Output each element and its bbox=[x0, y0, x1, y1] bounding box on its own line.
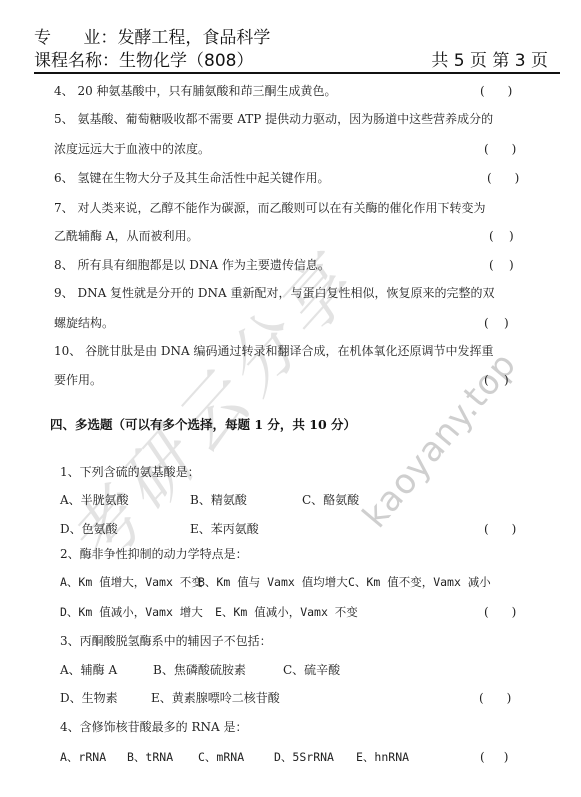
major-label: 专 业： bbox=[34, 28, 117, 48]
mc-q1-option-b[interactable]: B、精氨酸 bbox=[190, 492, 247, 508]
course-name: 课程名称：生物化学（808） bbox=[34, 50, 253, 72]
major-value: 发酵工程，食品科学 bbox=[117, 28, 270, 48]
mc-q1-option-c[interactable]: C、酪氨酸 bbox=[302, 492, 359, 508]
tf-answer-5[interactable]: ( ) bbox=[484, 141, 516, 157]
mc-q4-option-e[interactable]: E、hnRNA bbox=[356, 749, 409, 765]
tf-answer-8[interactable]: ( ) bbox=[489, 257, 514, 273]
section-title-multiple-choice: 四、多选题（可以有多个选择，每题 1 分，共 10 分） bbox=[50, 417, 356, 433]
mc-question-3-stem: 3、丙酮酸脱氢酶系中的辅因子不包括： bbox=[60, 633, 272, 649]
tf-answer-9[interactable]: ( ) bbox=[484, 315, 509, 331]
tf-question-6: 6、 氢键在生物大分子及其生命活性中起关键作用。 bbox=[54, 170, 329, 186]
tf-question-7-line2: 乙酰辅酶 A，从而被利用。 bbox=[54, 228, 198, 244]
mc-q3-option-e[interactable]: E、黄素腺嘌呤二核苷酸 bbox=[151, 690, 280, 706]
exam-header: 专 业：发酵工程，食品科学 课程名称：生物化学（808） 共 5 页 第 3 页 bbox=[34, 27, 560, 74]
mc-answer-1[interactable]: ( ) bbox=[484, 521, 516, 537]
mc-q3-option-d[interactable]: D、生物素 bbox=[60, 690, 118, 706]
mc-q1-option-d[interactable]: D、色氨酸 bbox=[60, 521, 118, 537]
mc-q2-option-e[interactable]: E、Km 值减小，Vamx 不变 bbox=[215, 604, 358, 620]
tf-answer-6[interactable]: ( ) bbox=[487, 170, 519, 186]
mc-q1-option-e[interactable]: E、苯丙氨酸 bbox=[190, 521, 259, 537]
mc-q3-option-a[interactable]: A、辅酶 A bbox=[60, 662, 117, 678]
tf-question-4: 4、 20 种氨基酸中，只有脯氨酸和茚三酮生成黄色。 bbox=[54, 83, 337, 99]
tf-question-9-line1: 9、 DNA 复性就是分开的 DNA 重新配对，与蛋白复性相似，恢复原来的完整的… bbox=[54, 285, 494, 301]
mc-answer-2[interactable]: ( ) bbox=[484, 604, 516, 620]
mc-q4-option-a[interactable]: A、rRNA bbox=[60, 749, 106, 765]
mc-question-1-stem: 1、下列含硫的氨基酸是： bbox=[60, 464, 200, 480]
mc-q3-option-c[interactable]: C、硫辛酸 bbox=[283, 662, 340, 678]
course-label: 课程名称： bbox=[34, 51, 119, 71]
mc-q2-option-b[interactable]: B、Km 值与 Vamx 值均增大 bbox=[198, 574, 348, 590]
page-count: 共 5 页 第 3 页 bbox=[431, 50, 560, 72]
tf-question-10-line2: 要作用。 bbox=[54, 372, 102, 388]
mc-q2-option-d[interactable]: D、Km 值减小，Vamx 增大 bbox=[60, 604, 203, 620]
mc-question-2-stem: 2、酶非争性抑制的动力学特点是： bbox=[60, 546, 248, 562]
tf-question-9-line2: 螺旋结构。 bbox=[54, 315, 114, 331]
tf-answer-4[interactable]: ( ) bbox=[480, 83, 512, 99]
tf-question-8: 8、 所有具有细胞都是以 DNA 作为主要遗传信息。 bbox=[54, 257, 330, 273]
course-value: 生物化学（808） bbox=[119, 51, 253, 71]
mc-q2-option-a[interactable]: A、Km 值增大，Vamx 不变 bbox=[60, 574, 203, 590]
tf-question-5-line2: 浓度远远大于血液中的浓度。 bbox=[54, 141, 210, 157]
tf-question-10-line1: 10、 谷胱甘肽是由 DNA 编码通过转录和翻译合成，在机体氧化还原调节中发挥重 bbox=[54, 343, 494, 359]
mc-q4-option-b[interactable]: B、tRNA bbox=[127, 749, 173, 765]
tf-answer-7[interactable]: ( ) bbox=[489, 228, 514, 244]
mc-answer-4[interactable]: ( ) bbox=[480, 749, 508, 765]
tf-question-7-line1: 7、 对人类来说，乙醇不能作为碳源，而乙酸则可以在有关酶的催化作用下转变为 bbox=[54, 200, 485, 216]
mc-answer-3[interactable]: ( ) bbox=[479, 690, 511, 706]
mc-q2-option-c[interactable]: C、Km 值不变，Vamx 减小 bbox=[348, 574, 491, 590]
mc-q3-option-b[interactable]: B、焦磷酸硫胺素 bbox=[153, 662, 246, 678]
mc-q4-option-c[interactable]: C、mRNA bbox=[198, 749, 244, 765]
mc-q4-option-d[interactable]: D、5SrRNA bbox=[274, 749, 334, 765]
course-line: 课程名称：生物化学（808） 共 5 页 第 3 页 bbox=[34, 49, 560, 74]
major-line: 专 业：发酵工程，食品科学 bbox=[34, 27, 560, 49]
mc-question-4-stem: 4、含修饰核苷酸最多的 RNA 是： bbox=[60, 719, 247, 735]
mc-q1-option-a[interactable]: A、半胱氨酸 bbox=[60, 492, 129, 508]
tf-question-5-line1: 5、 氨基酸、葡萄糖吸收都不需要 ATP 提供动力驱动，因为肠道中这些营养成分的 bbox=[54, 111, 493, 127]
tf-answer-10[interactable]: ( ) bbox=[484, 372, 509, 388]
